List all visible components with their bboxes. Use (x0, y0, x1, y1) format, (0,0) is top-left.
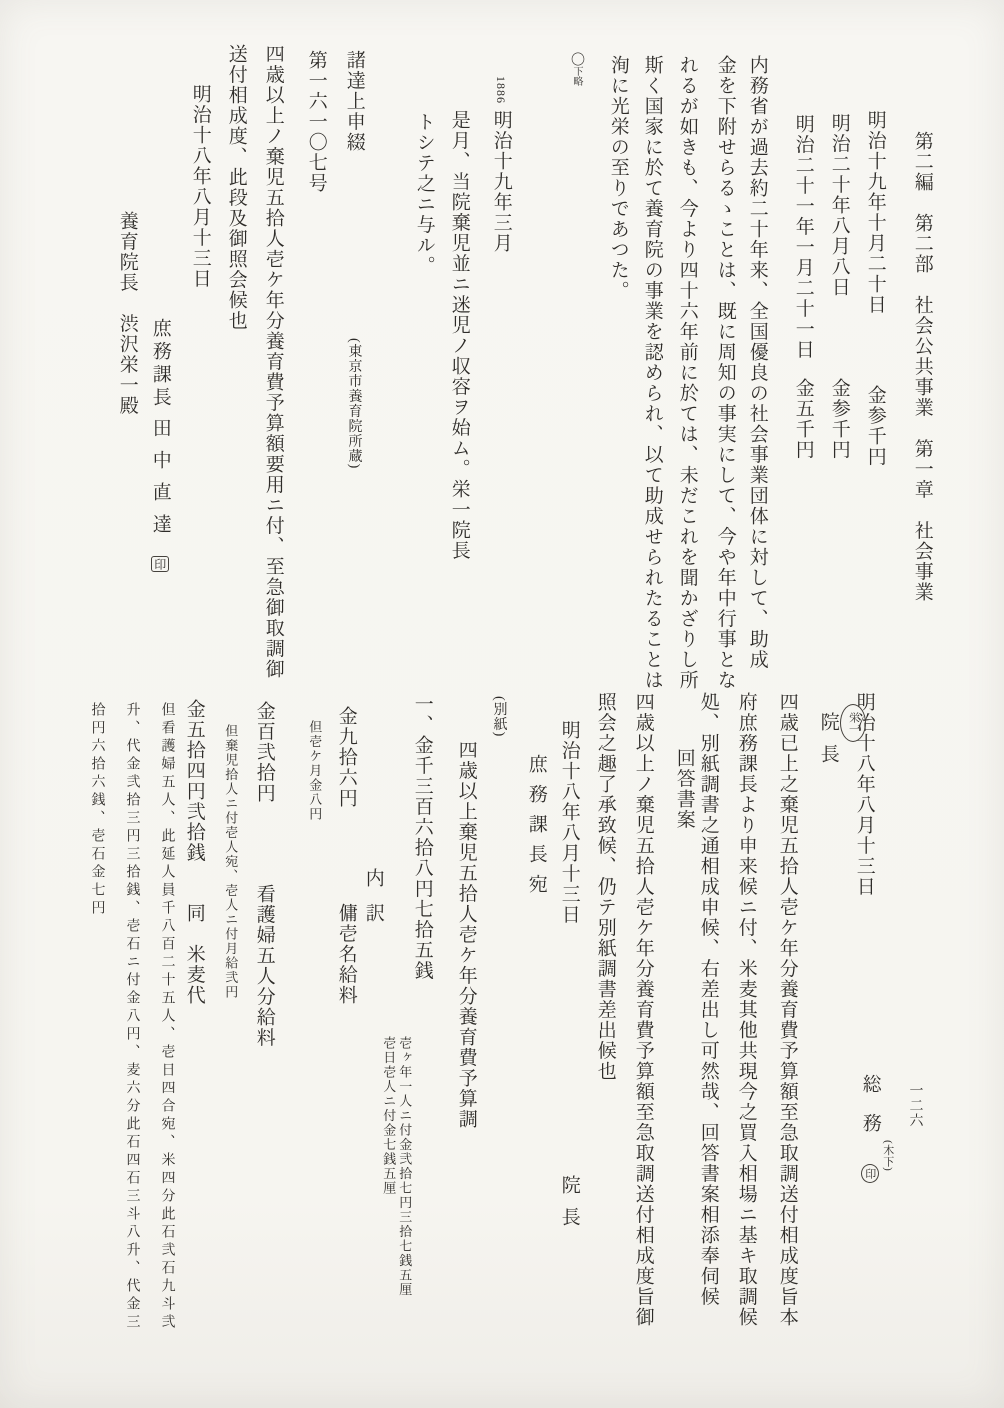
item-0-note: 但壱ケ月金八円 (306, 720, 322, 822)
omission-text: 下略 (571, 66, 582, 86)
narrative-line-1: 金を下附せらるゝことは、既に周知の事実にして、今や年中行事とな (713, 55, 737, 691)
item-2-note-2: 拾円六拾六銭、壱石金七円 (88, 702, 106, 918)
item-2-note-0: 但看護婦五人、此延人員千八百二十五人、壱日四合宛、米四分此石弐石九斗弐 (158, 702, 176, 1332)
western-year-label: 1886 (494, 76, 508, 104)
attachment-total-note-1: 壱日壱人ニ付金七銭五厘 (380, 1036, 396, 1196)
chronicle-date: 明治十九年三月 (491, 110, 512, 254)
collection-title: 諸達上申綴 (342, 50, 366, 153)
scanned-document-page: 第二編 第二部 社会公共事業 第一章 社会事業 一二六 明治十九年十月二十日 金… (0, 0, 1004, 1408)
grant-date-2: 明治二十一年一月二十一日 (791, 114, 815, 360)
inquiry-sender: 庶務課長田中直達印 (148, 318, 172, 572)
reply-line-0: 四歳以上ノ棄児五拾人壱ケ年分養育費予算額至急取調送付相成度旨御 (631, 692, 655, 1328)
chronicle-date-column: 1886明治十九年三月 (489, 76, 513, 254)
signoff-role: 総務 (860, 1074, 881, 1152)
item-2-note-1: 升、代金弐拾三円三拾銭、壱石ニ付金八円、麦六分此石四石三斗八升、代金三 (123, 702, 141, 1332)
reply-date: 明治十八年八月十三日 (557, 720, 581, 925)
sender-seal-stamp-icon: 印 (151, 556, 169, 572)
grant-date-1: 明治二十年八月八日 (827, 113, 851, 298)
grant-date-0: 明治十九年十月二十日 (863, 110, 887, 315)
grant-amount-1: 金参千円 (827, 378, 851, 460)
reply-line-1: 照会之趣了承致候、仍テ別紙調書差出候也 (593, 692, 617, 1082)
narrative-line-0: 内務省が過去約二十年来、全国優良の社会事業団体に対して、助成 (745, 55, 769, 670)
collection-source: (東京市養育院所蔵) (345, 338, 363, 469)
signoff-seal-stamp-icon: 印 (861, 1164, 879, 1183)
running-header: 第二編 第二部 社会公共事業 第一章 社会事業 (910, 131, 934, 603)
inquiry-date: 明治十八年八月十三日 (188, 84, 212, 289)
memo-approval-column: 栄一院長 (816, 704, 866, 776)
inquiry-recipient: 養育院長 渋沢栄一殿 (115, 211, 139, 416)
reply-sender: 院長 (557, 1175, 581, 1239)
item-1-purpose: 看護婦五人分給料 (252, 884, 276, 1048)
memo-line-0: 四歳已上之棄児五拾人壱ケ年分養育費予算額至急取調送付相成度旨本 (775, 692, 799, 1328)
memo-signoff: 総務印 (858, 1074, 882, 1183)
memo-line-1: 府庶務課長より申来候ニ付、米麦其他共現今之買入相場ニ基キ取調候 (734, 692, 758, 1328)
sender-role: 庶務課長 (150, 318, 171, 410)
inquiry-line-1: 送付相成度、此段及御照会候也 (224, 44, 248, 331)
attachment-total-note-0: 壱ヶ年一人ニ付金弐拾七円三拾七銭五厘 (396, 1036, 412, 1297)
omission-note: 〇下略 (566, 52, 586, 86)
memo-line-2: 処、別紙調書之通相成申候、右差出し可然哉、回答書案相添奉伺候 (696, 692, 720, 1307)
signoff-note: (木下) (880, 1140, 894, 1171)
approver-title: 院長 (818, 712, 839, 776)
narrative-line-4: 洵に光栄の至りであつた。 (606, 55, 630, 301)
item-0-amount: 金九拾六円 (334, 706, 358, 809)
sender-name: 田中直達 (150, 418, 171, 546)
item-2-amount: 金五拾四円弐拾銭 (182, 699, 206, 863)
item-1-note: 但棄児拾人ニ付壱人宛、壱人ニ付月給弐円 (222, 724, 238, 1000)
item-0-purpose: 傭壱名給料 (334, 903, 358, 1006)
narrative-line-2: れるが如きも、今より四十六年前に於ては、未だこれを聞かざりし所 (675, 55, 699, 691)
inquiry-line-0: 四歳以上ノ棄児五拾人壱ケ年分養育費予算額要用ニ付、至急御取調御 (261, 44, 285, 680)
approval-seal-stamp-icon: 栄一 (840, 704, 866, 742)
doc-number: 第一六一〇七号 (304, 50, 328, 194)
page-number: 一二六 (906, 1083, 924, 1128)
chronicle-line-1: トシテ之ニ与ル。 (412, 112, 436, 276)
omission-circle-mark: 〇 (569, 52, 584, 66)
chronicle-line-0: 是月、当院棄児並ニ迷児ノ収容ヲ始ム。栄一院長 (447, 110, 471, 561)
attachment-total: 一、金千三百六拾八円七拾五銭 (410, 694, 434, 981)
reply-recipient: 庶務課長宛 (524, 754, 548, 904)
grant-amount-0: 金参千円 (863, 385, 887, 467)
grant-amount-2: 金五千円 (791, 378, 815, 460)
item-2-purpose: 同 米麦代 (182, 903, 206, 1006)
item-1-amount: 金百弐拾円 (252, 701, 276, 804)
attachment-title: 四歳以上棄児五拾人壱ケ年分養育費予算調 (454, 740, 478, 1130)
narrative-line-3: 斯く国家に於て養育院の事業を認められ、以て助成せられたることは (640, 55, 664, 691)
attachment-label: (別紙) (490, 696, 508, 737)
reply-title: 回答書案 (672, 748, 696, 830)
breakdown-label: 内訳 (361, 868, 385, 938)
